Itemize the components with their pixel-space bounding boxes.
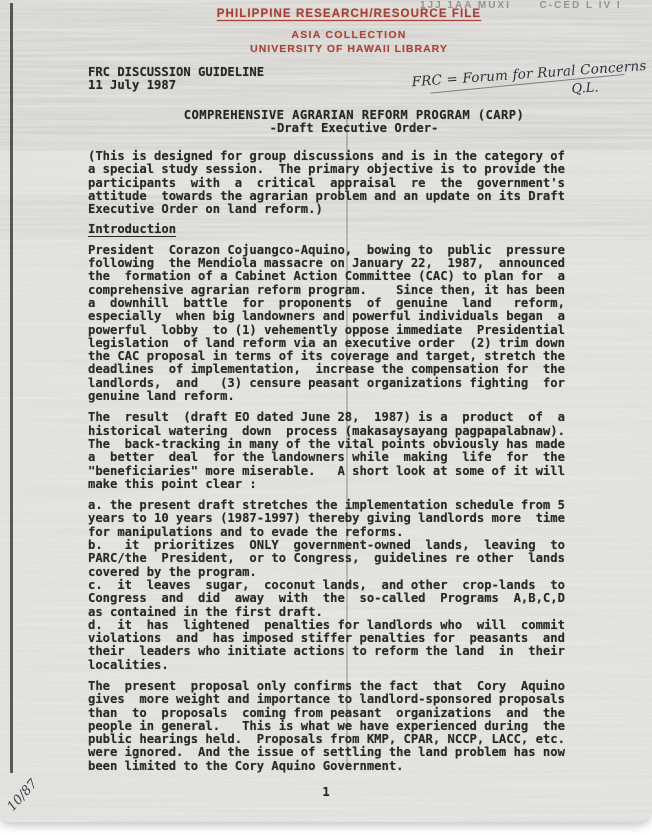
library-stamp: PHILIPPINE RESEARCH/RESOURCE FILE ASIA C… — [0, 8, 652, 55]
paragraph-2: The result (draft EO dated June 28, 1987… — [88, 411, 565, 491]
document-body: (This is designed for group discussions … — [88, 150, 565, 773]
preface-paragraph: (This is designed for group discussions … — [88, 150, 565, 216]
paragraph-1: President Corazon Cojuangco-Aquino, bowi… — [88, 244, 565, 404]
document-subtitle: -Draft Executive Order- — [56, 122, 652, 135]
list-items-a-d: a. the present draft stretches the imple… — [88, 499, 565, 672]
page-number: 1 — [0, 786, 652, 799]
document-header: FRC DISCUSSION GUIDELINE 11 July 1987 — [88, 66, 264, 93]
section-heading-introduction: Introduction — [88, 223, 565, 236]
scanned-page: 1JJ 1AA MUXI C-CED L IV I PHILIPPINE RES… — [0, 0, 652, 822]
stamp-philippine-research-file: PHILIPPINE RESEARCH/RESOURCE FILE — [46, 8, 652, 20]
title-block: COMPREHENSIVE AGRARIAN REFORM PROGRAM (C… — [0, 109, 652, 136]
paragraph-3: The present proposal only confirms the f… — [88, 680, 565, 773]
stamp-university-hawaii-library: UNIVERSITY OF HAWAII LIBRARY — [46, 43, 652, 55]
stamp-asia-collection: ASIA COLLECTION — [46, 29, 652, 41]
doc-type-line: FRC DISCUSSION GUIDELINE — [88, 66, 264, 79]
doc-date-line: 11 July 1987 — [88, 79, 264, 92]
handwritten-annotation: FRC = Forum for Rural Concerns Q.L. — [411, 58, 651, 109]
